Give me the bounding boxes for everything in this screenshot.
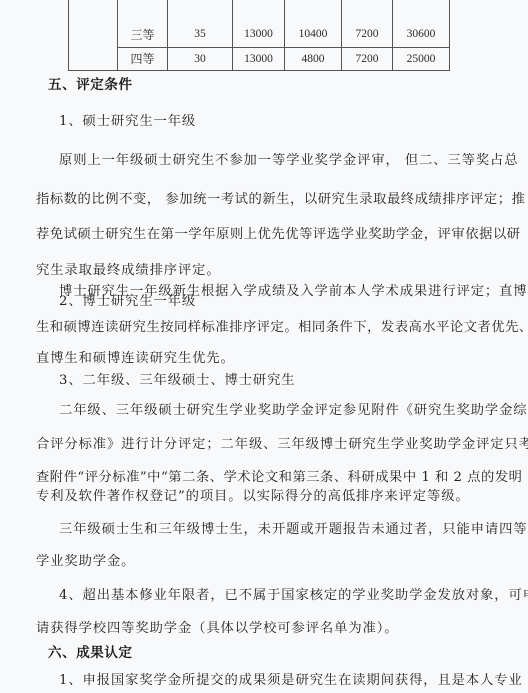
table-row: 四等 30 13000 4800 7200 25000 xyxy=(69,47,450,70)
table-cell-value: 13000 xyxy=(233,47,285,70)
table-cell-grade: 四等 xyxy=(118,47,168,70)
table-cell-value: 13000 xyxy=(233,0,285,47)
paragraph-line: 合评分标准》进行计分评定；二年级、三年级博士研究生学业奖助学金评定只考 xyxy=(36,436,528,454)
table-cell-value: 10400 xyxy=(285,0,342,47)
section-heading: 五、评定条件 xyxy=(48,76,133,94)
table-cell-total: 25000 xyxy=(393,47,450,70)
table-cell-count: 35 xyxy=(168,0,233,47)
paragraph-line: 荐免试硕士研究生在第一学年原则上优先优等评选学业奖助学金，评审依据以研 xyxy=(36,226,521,244)
paragraph-line: 1、申报国家奖学金所提交的成果须是研究生在读期间获得，且是本人专业 xyxy=(59,672,523,690)
table-cell-value: 4800 xyxy=(285,47,342,70)
paragraph-line: 生和硕博连读研究生按同样标准排序评定。相同条件下，发表高水平论文者优先、 xyxy=(36,319,528,337)
paragraph-line: 原则上一年级硕士研究生不参加一等学业奖学金评审， 但二、三等奖占总 xyxy=(59,152,518,170)
subsection-title: 3、二年级、三年级硕士、博士研究生 xyxy=(59,372,296,390)
subsection-title: 1、硕士研究生一年级 xyxy=(59,113,196,131)
paragraph-line: 查附件“评分标准”中“第二条、学术论文和第三条、科研成果中 1 和 2 点的发明 xyxy=(36,469,522,487)
paragraph-line: 专利及软件著作权登记”的项目。以实际得分的高低排序来评定等级。 xyxy=(36,488,470,506)
paragraph-line: 究生录取最终成绩排序评定。 xyxy=(36,262,221,280)
paragraph-line: 指标数的比例不变， 参加统一考试的新生，以研究生录取最终成绩排序评定；推 xyxy=(36,191,525,209)
paragraph-line: 请获得学校四等奖助学金（具体以学校可参评名单为准）。 xyxy=(36,620,398,638)
section-heading: 六、成果认定 xyxy=(48,644,133,662)
paragraph-line: 博士研究生一年级新生根据入学成绩及入学前本人学术成果进行评定；直博 xyxy=(59,283,528,301)
paragraph-line: 二年级、三年级硕士研究生学业奖助学金评定参见附件《研究生奖助学金综 xyxy=(59,402,528,420)
table-cell-value: 7200 xyxy=(342,47,393,70)
table-cell-category xyxy=(69,0,118,70)
table-cell-total: 30600 xyxy=(393,0,450,47)
paragraph-line: 4、超出基本修业年限者，已不属于国家核定的学业奖助学金发放对象，可申 xyxy=(59,587,528,605)
table-cell-grade: 三等 xyxy=(118,0,168,47)
paragraph-line: 学业奖助学金。 xyxy=(36,553,135,571)
table-cell-count: 30 xyxy=(168,47,233,70)
table-row: 三等 35 13000 10400 7200 30600 xyxy=(69,0,450,47)
document-page: 三等 35 13000 10400 7200 30600 四等 30 13000… xyxy=(0,0,528,693)
paragraph-line: 三年级硕士生和三年级博士生，未开题或开题报告未通过者，只能申请四等 xyxy=(59,521,528,539)
scholarship-table: 三等 35 13000 10400 7200 30600 四等 30 13000… xyxy=(68,0,450,71)
table-cell-value: 7200 xyxy=(342,0,393,47)
paragraph-line: 直博生和硕博连读研究生优先。 xyxy=(36,350,235,368)
